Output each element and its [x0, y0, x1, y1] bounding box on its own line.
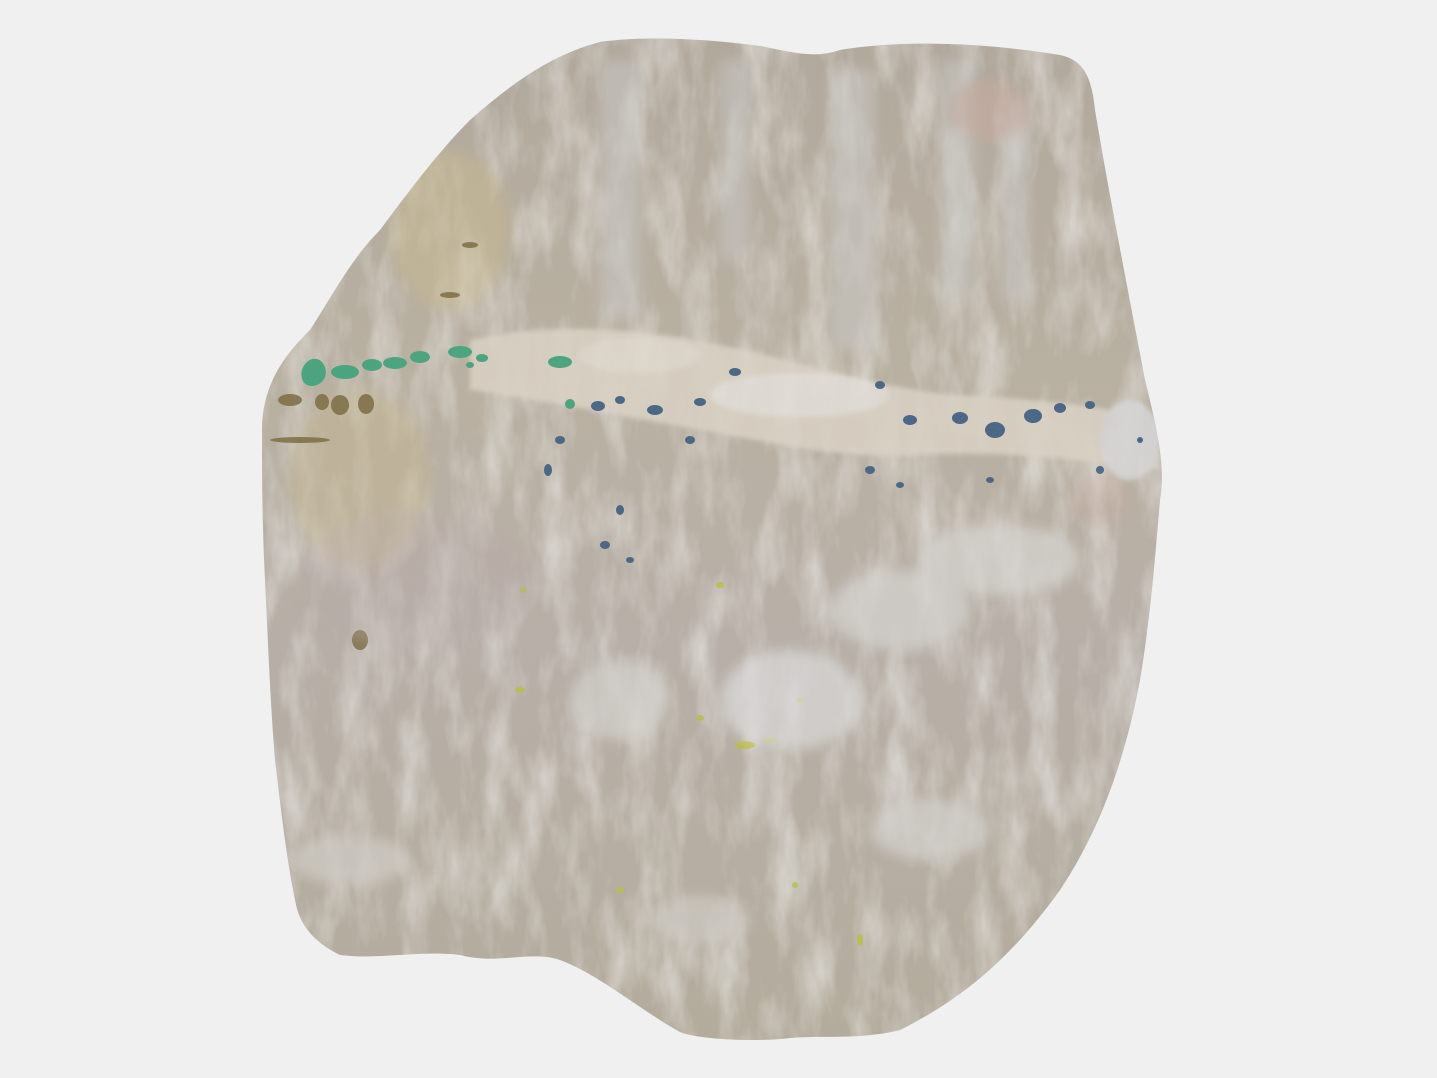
product-photo: Irregular-shaped abstract rug [0, 0, 1437, 1078]
rug-body [250, 30, 1170, 1050]
rug [0, 0, 1437, 1078]
